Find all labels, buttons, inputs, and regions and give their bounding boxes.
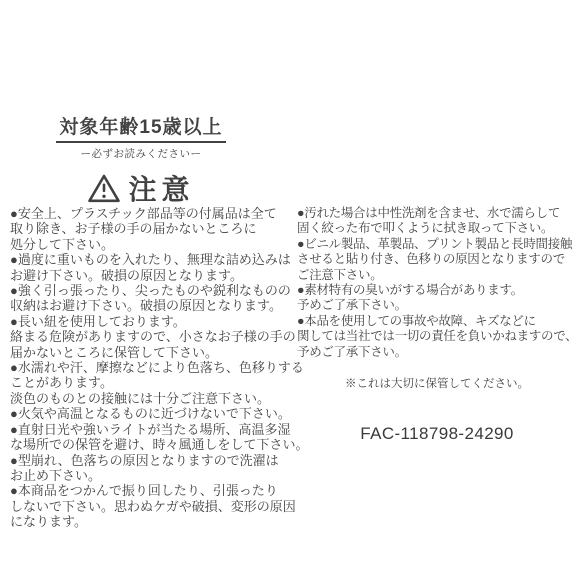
target-age-label: 対象年齢15歳以上 [56, 112, 225, 143]
left-column: ●安全上、プラスチック部品等の付属品は全て 取り除き、お子様の手の届かないところ… [10, 206, 300, 530]
product-code: FAC-118798-24290 [297, 426, 577, 441]
caution-label-page: 対象年齢15歳以上 ー必ずお読みくださいー 注意 ●安全上、プラスチック部品等の… [0, 0, 580, 580]
bullet-item: ●汚れた場合は中性洗剤を含ませ、水で濡らして 固く絞った布で叩くように拭き取って… [297, 206, 577, 237]
keep-safe-note: ※これは大切に保管してください。 [297, 377, 577, 392]
bullet-item: ●ビニル製品、革製品、プリント製品と長時間接触 させると貼り付き、色移りの原因と… [297, 237, 577, 283]
must-read-note: ー必ずお読みくださいー [0, 146, 282, 161]
bullet-item: ●長い紐を使用しております。 絡まる危険がありますので、小さなお子様の手の 届か… [10, 314, 300, 360]
bullet-item: ●素材特有の臭いがする場合があります。 予めご了承下さい。 [297, 283, 577, 314]
bullet-item: ●本商品をつかんで振り回したり、引張ったり しないで下さい。思わぬケガや破損、変… [10, 483, 300, 529]
caution-header: 対象年齢15歳以上 ー必ずお読みくださいー 注意 [0, 112, 282, 208]
right-column: ●汚れた場合は中性洗剤を含ませ、水で濡らして 固く絞った布で叩くように拭き取って… [297, 206, 577, 442]
bullet-item: ●型崩れ、色落ちの原因となりますので洗濯は お止め下さい。 [10, 453, 300, 484]
bullet-item: ●強く引っ張ったり、尖ったものや鋭利なものの 収納はお避け下さい。破損の原因とな… [10, 283, 300, 314]
caution-title-row: 注意 [0, 168, 282, 208]
bullet-item: ●直射日光や強いライトが当たる場所、高温多湿 な場所での保管を避け、時々風通しを… [10, 422, 300, 453]
bullet-item: ●過度に重いものを入れたり、無理な詰め込みは お避け下さい。破損の原因となります… [10, 252, 300, 283]
bullet-item: ●本品を使用しての事故や故障、キズなどに 関しては当社では一切の責任を負いかねま… [297, 314, 577, 360]
bullet-item: ●水濡れや汗、摩擦などにより色落ち、色移りする ことがあります。 淡色のものとの… [10, 360, 300, 406]
warning-triangle-icon [87, 173, 121, 204]
caution-title: 注意 [128, 168, 194, 208]
bullet-item: ●安全上、プラスチック部品等の付属品は全て 取り除き、お子様の手の届かないところ… [10, 206, 300, 252]
bullet-item: ●火気や高温となるものに近づけないで下さい。 [10, 406, 300, 421]
